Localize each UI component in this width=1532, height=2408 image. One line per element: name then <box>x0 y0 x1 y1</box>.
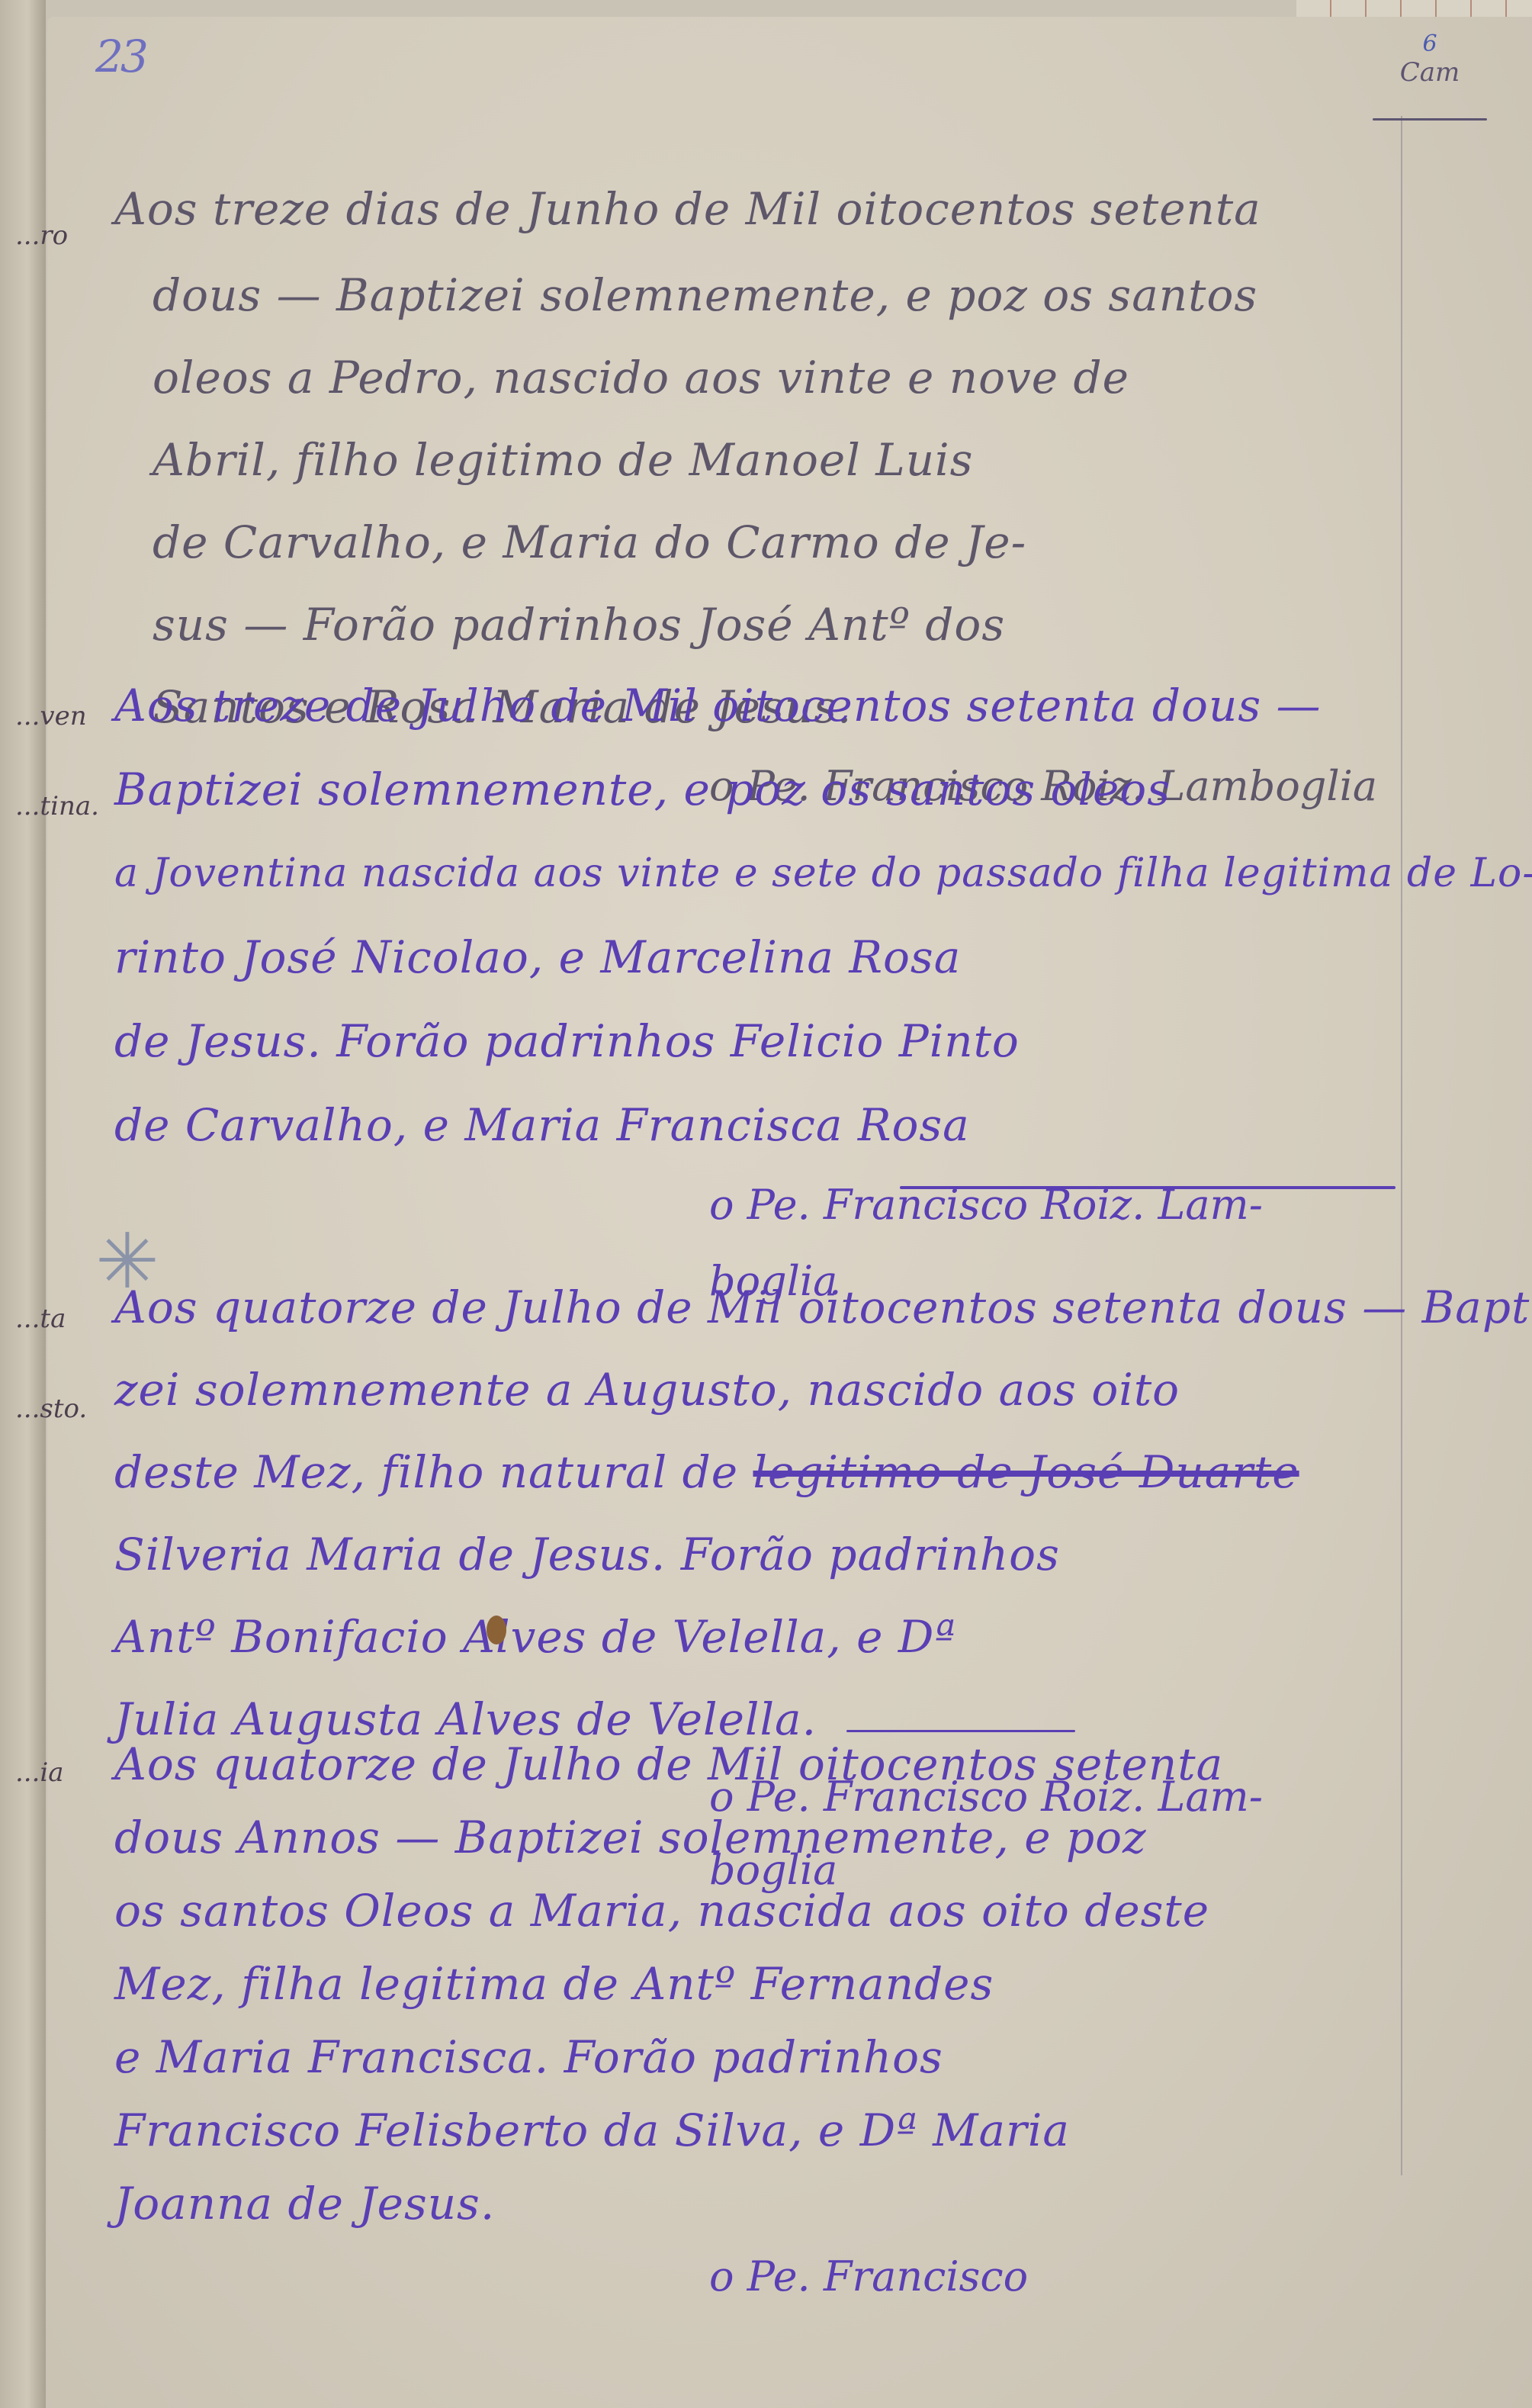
priest-signature: o Pe. Francisco <box>114 2240 1365 2313</box>
entry-line: zei solemnemente a Augusto, nascido aos … <box>114 1349 1365 1431</box>
entry-line: Aos treze dias de Junho de Mil oitocento… <box>114 164 1365 254</box>
entry-line: Silveria Maria de Jesus. Forão padrinhos <box>114 1513 1365 1596</box>
entry-line: Aos treze de Julho de Mil oitocentos set… <box>114 664 1365 747</box>
entry-line: Joanna de Jesus. <box>114 2167 1365 2240</box>
entry-line: de Carvalho, e Maria do Carmo de Je- <box>114 501 1365 584</box>
entry-line: de Carvalho, e Maria Francisca Rosa <box>114 1083 1365 1167</box>
entry-line: Abril, filho legitimo de Manoel Luis <box>114 419 1365 501</box>
signature-flourish <box>900 1186 1396 1189</box>
ink-stain <box>487 1616 506 1644</box>
entry-line: Aos quatorze de Julho de Mil oitocentos … <box>114 1266 1365 1349</box>
entry-line: Mez, filha legitima de Antº Fernandes <box>114 1947 1365 2021</box>
entry-line: a Joventina nascida aos vinte e sete do … <box>114 831 1365 915</box>
margin-note-entry-2: ...ven ...tina. <box>15 671 99 851</box>
margin-note-entry-1: ...ro <box>15 191 68 281</box>
baptism-entry-2: Aos treze de Julho de Mil oitocentos set… <box>114 664 1365 1320</box>
entry-line: e Maria Francisca. Forão padrinhos <box>114 2021 1365 2094</box>
corner-annotation: 6 Cam <box>1373 31 1487 121</box>
baptism-entry-4: Aos quatorze de Julho de Mil oitocentos … <box>114 1728 1365 2313</box>
right-margin-rule <box>1401 116 1402 2175</box>
corner-word: Cam <box>1373 57 1487 88</box>
corner-number: 6 <box>1373 31 1487 57</box>
entry-line: os santos Oleos a Maria, nascida aos oit… <box>114 1874 1365 1947</box>
entry-line: Aos quatorze de Julho de Mil oitocentos … <box>114 1728 1365 1801</box>
entry-line: Antº Bonifacio Alves de Velella, e Dª <box>114 1596 1365 1678</box>
corner-underline <box>1373 118 1487 121</box>
entry-line: Baptizei solemnemente, e poz os santos o… <box>114 747 1365 831</box>
entry-line: dous Annos — Baptizei solemnemente, e po… <box>114 1801 1365 1874</box>
entry-line: Francisco Felisberto da Silva, e Dª Mari… <box>114 2094 1365 2167</box>
entry-line: deste Mez, filho natural de legitimo de … <box>114 1431 1365 1513</box>
entry-line: oleos a Pedro, nascido aos vinte e nove … <box>114 336 1365 419</box>
entry-line: de Jesus. Forão padrinhos Felicio Pinto <box>114 999 1365 1083</box>
entry-line: sus — Forão padrinhos José Antº dos <box>114 584 1365 666</box>
book-binding-gutter <box>0 0 46 2408</box>
entry-line: dous — Baptizei solemnemente, e poz os s… <box>114 254 1365 336</box>
margin-note-entry-3: ...ta ...sto. <box>15 1274 87 1454</box>
entry-line: rinto José Nicolao, e Marcelina Rosa <box>114 915 1365 999</box>
struck-out-text: legitimo de José Duarte <box>753 1446 1299 1498</box>
folio-number: 23 <box>95 31 146 82</box>
margin-note-entry-4: ...ia <box>15 1728 64 1818</box>
